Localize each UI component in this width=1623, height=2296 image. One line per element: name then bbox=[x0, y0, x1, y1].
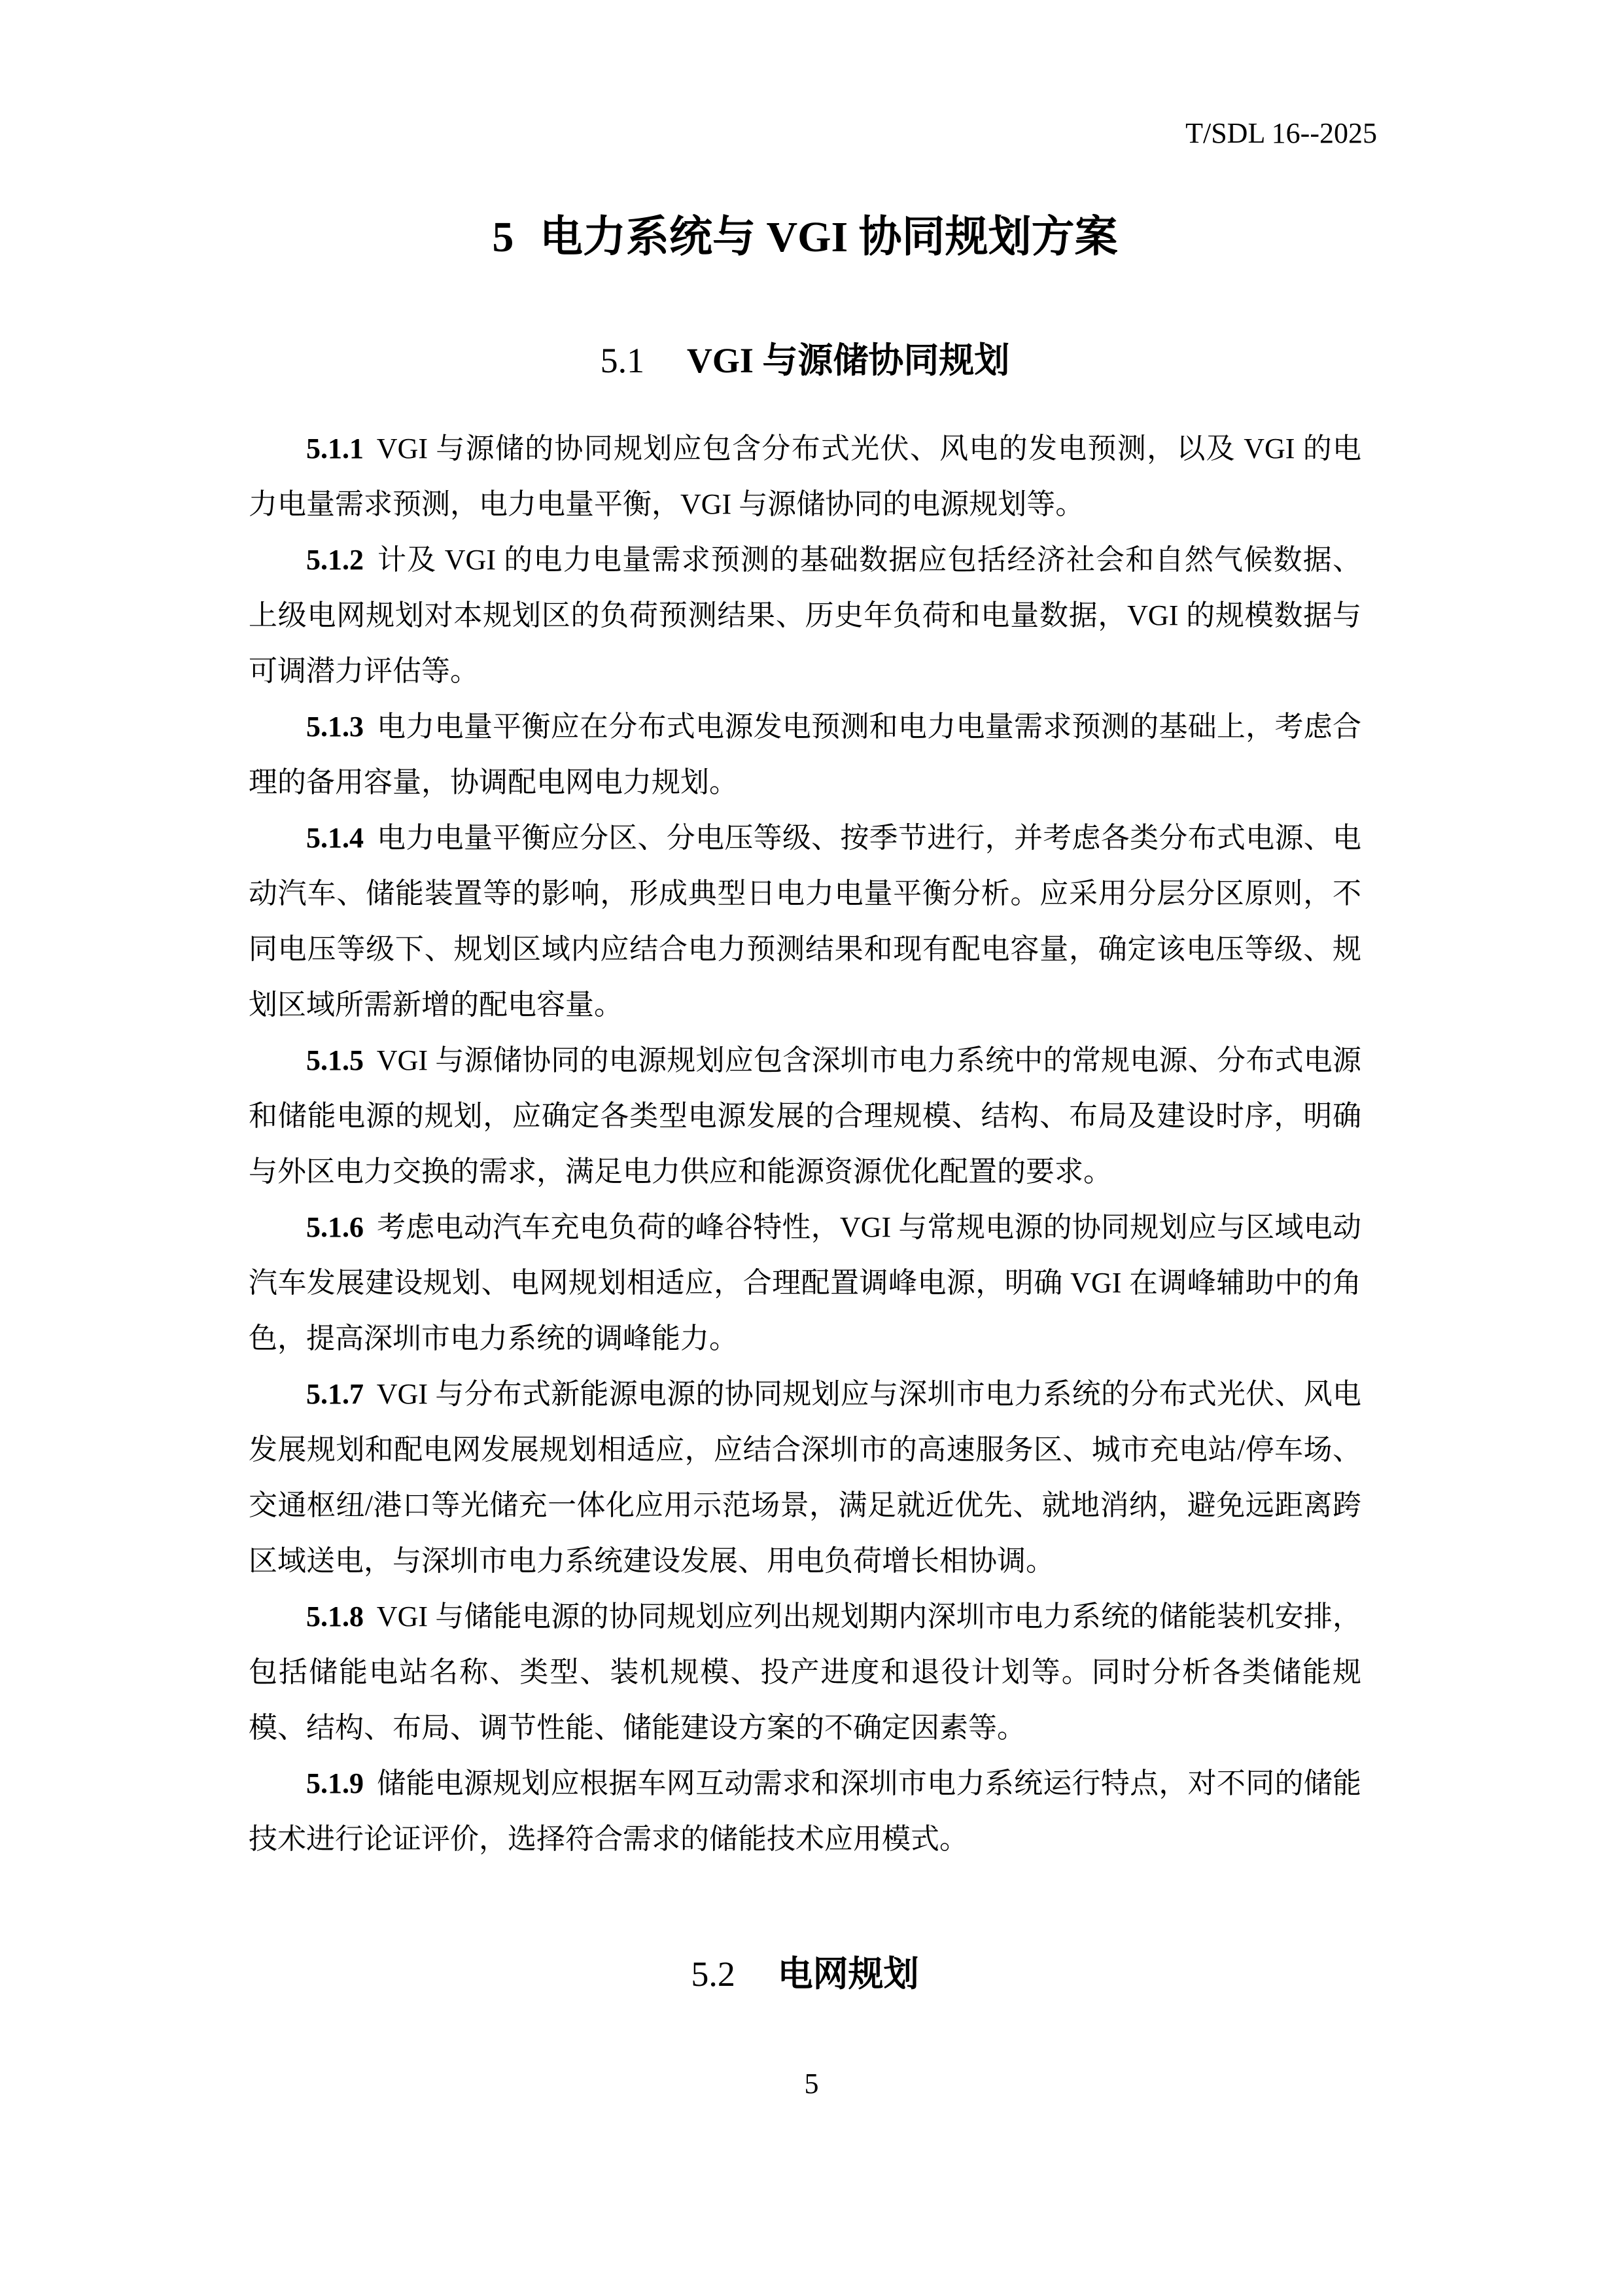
clause-number: 5.1.8 bbox=[306, 1600, 364, 1633]
clause-text: VGI 与储能电源的协同规划应列出规划期内深圳市电力系统的储能装机安排，包括储能… bbox=[249, 1600, 1361, 1744]
clause-5-1-9: 5.1.9储能电源规划应根据车网互动需求和深圳市电力系统运行特点，对不同的储能技… bbox=[249, 1756, 1361, 1867]
clause-5-1-5: 5.1.5VGI 与源储协同的电源规划应包含深圳市电力系统中的常规电源、分布式电… bbox=[249, 1033, 1361, 1199]
chapter-heading: 5电力系统与 VGI 协同规划方案 bbox=[249, 216, 1361, 259]
clause-number: 5.1.1 bbox=[306, 433, 364, 465]
clause-5-1-7: 5.1.7VGI 与分布式新能源电源的协同规划应与深圳市电力系统的分布式光伏、风… bbox=[249, 1366, 1361, 1589]
clause-number: 5.1.4 bbox=[306, 822, 364, 854]
page-number: 5 bbox=[805, 2068, 819, 2100]
document-page: T/SDL 16--2025 5电力系统与 VGI 协同规划方案 5.1VGI … bbox=[0, 0, 1623, 2296]
clause-text: 考虑电动汽车充电负荷的峰谷特性，VGI 与常规电源的协同规划应与区域电动汽车发展… bbox=[249, 1211, 1361, 1354]
clause-text: 电力电量平衡应分区、分电压等级、按季节进行，并考虑各类分布式电源、电动汽车、储能… bbox=[249, 822, 1361, 1021]
page-content: 5电力系统与 VGI 协同规划方案 5.1VGI 与源储协同规划 5.1.1VG… bbox=[0, 0, 1623, 1992]
clause-5-1-3: 5.1.3电力电量平衡应在分布式电源发电预测和电力电量需求预测的基础上，考虑合理… bbox=[249, 699, 1361, 810]
clause-number: 5.1.2 bbox=[306, 544, 364, 576]
document-code: T/SDL 16--2025 bbox=[1185, 118, 1377, 149]
clause-text: 储能电源规划应根据车网互动需求和深圳市电力系统运行特点，对不同的储能技术进行论证… bbox=[249, 1767, 1361, 1855]
clause-list: 5.1.1VGI 与源储的协同规划应包含分布式光伏、风电的发电预测，以及 VGI… bbox=[249, 421, 1361, 1867]
section-number: 5.2 bbox=[691, 1954, 735, 1994]
section-title: 电网规划 bbox=[778, 1954, 919, 1994]
clause-text: 计及 VGI 的电力电量需求预测的基础数据应包括经济社会和自然气候数据、上级电网… bbox=[249, 544, 1361, 687]
clause-5-1-8: 5.1.8VGI 与储能电源的协同规划应列出规划期内深圳市电力系统的储能装机安排… bbox=[249, 1589, 1361, 1756]
chapter-title: 电力系统与 VGI 协同规划方案 bbox=[540, 213, 1118, 261]
clause-5-1-4: 5.1.4电力电量平衡应分区、分电压等级、按季节进行，并考虑各类分布式电源、电动… bbox=[249, 810, 1361, 1033]
clause-5-1-6: 5.1.6考虑电动汽车充电负荷的峰谷特性，VGI 与常规电源的协同规划应与区域电… bbox=[249, 1199, 1361, 1366]
clause-5-1-2: 5.1.2计及 VGI 的电力电量需求预测的基础数据应包括经济社会和自然气候数据… bbox=[249, 532, 1361, 699]
clause-number: 5.1.3 bbox=[306, 711, 364, 743]
chapter-number: 5 bbox=[492, 213, 514, 261]
section-heading-5-2: 5.2电网规划 bbox=[249, 1956, 1361, 1992]
clause-number: 5.1.6 bbox=[306, 1211, 364, 1243]
clause-text: VGI 与源储协同的电源规划应包含深圳市电力系统中的常规电源、分布式电源和储能电… bbox=[249, 1044, 1361, 1188]
section-title: VGI 与源储协同规划 bbox=[687, 341, 1010, 380]
clause-text: VGI 与分布式新能源电源的协同规划应与深圳市电力系统的分布式光伏、风电发展规划… bbox=[249, 1378, 1361, 1577]
clause-5-1-1: 5.1.1VGI 与源储的协同规划应包含分布式光伏、风电的发电预测，以及 VGI… bbox=[249, 421, 1361, 532]
section-number: 5.1 bbox=[601, 341, 645, 380]
page-footer: 5 bbox=[0, 2070, 1623, 2098]
section-heading-5-1: 5.1VGI 与源储协同规划 bbox=[249, 343, 1361, 378]
clause-text: 电力电量平衡应在分布式电源发电预测和电力电量需求预测的基础上，考虑合理的备用容量… bbox=[249, 711, 1361, 798]
clause-number: 5.1.7 bbox=[306, 1378, 364, 1410]
clause-text: VGI 与源储的协同规划应包含分布式光伏、风电的发电预测，以及 VGI 的电力电… bbox=[249, 433, 1361, 520]
clause-number: 5.1.9 bbox=[306, 1767, 364, 1799]
clause-number: 5.1.5 bbox=[306, 1044, 364, 1076]
